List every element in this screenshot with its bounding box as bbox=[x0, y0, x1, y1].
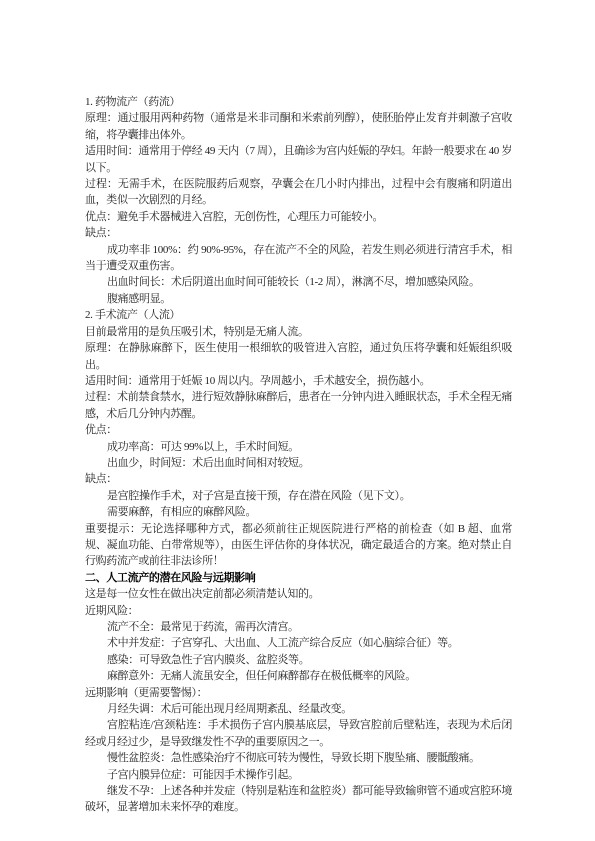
paragraph: 远期影响（更需要警惕）： bbox=[85, 685, 512, 701]
paragraph: 过程：无需手术，在医院服药后观察，孕囊会在几小时内排出，过程中会有腹痛和阴道出血… bbox=[85, 176, 512, 209]
paragraph: 需要麻醉，有相应的麻醉风险。 bbox=[85, 504, 512, 520]
paragraph: 出血时间长：术后阴道出血时间可能较长（1-2 周），淋漓不尽，增加感染风险。 bbox=[85, 274, 512, 290]
paragraph: 这是每一位女性在做出决定前都必须清楚认知的。 bbox=[85, 586, 512, 602]
paragraph: 术中并发症：子宫穿孔、大出血、人工流产综合反应（如心脑综合征）等。 bbox=[85, 635, 512, 651]
paragraph: 继发不孕：上述各种并发症（特别是粘连和盆腔炎）都可能导致输卵管不通或宫腔环境破坏… bbox=[85, 783, 512, 816]
paragraph: 感染：可导致急性子宫内膜炎、盆腔炎等。 bbox=[85, 652, 512, 668]
paragraph: 宫腔粘连/宫颈粘连：手术损伤子宫内膜基底层，导致宫腔前后壁粘连，表现为术后闭经或… bbox=[85, 717, 512, 750]
paragraph: 近期风险： bbox=[85, 603, 512, 619]
paragraph: 1. 药物流产（药流） bbox=[85, 94, 512, 110]
paragraph: 过程：术前禁食禁水，进行短效静脉麻醉后，患者在一分钟内进入睡眠状态，手术全程无痛… bbox=[85, 389, 512, 422]
paragraph: 优点：避免手术器械进入宫腔，无创伤性，心理压力可能较小。 bbox=[85, 209, 512, 225]
paragraph: 原理：通过服用两种药物（通常是米非司酮和米索前列醇），使胚胎停止发育并刺激子宫收… bbox=[85, 110, 512, 143]
paragraph: 2. 手术流产（人流） bbox=[85, 307, 512, 323]
paragraph: 是宫腔操作手术，对子宫是直接干预，存在潜在风险（见下文）。 bbox=[85, 488, 512, 504]
section-heading: 二、人工流产的潜在风险与远期影响 bbox=[85, 570, 512, 586]
paragraph: 成功率高：可达 99%以上，手术时间短。 bbox=[85, 439, 512, 455]
paragraph: 适用时间：通常用于妊娠 10 周以内。孕周越小，手术越安全，损伤越小。 bbox=[85, 373, 512, 389]
document-page: 1. 药物流产（药流）原理：通过服用两种药物（通常是米非司酮和米索前列醇），使胚… bbox=[0, 0, 595, 841]
paragraph: 月经失调：术后可能出现月经周期紊乱、经量改变。 bbox=[85, 701, 512, 717]
paragraph: 流产不全：最常见于药流，需再次清宫。 bbox=[85, 619, 512, 635]
paragraph: 适用时间：通常用于停经 49 天内（7 周），且确诊为宫内妊娠的孕妇。年龄一般要… bbox=[85, 143, 512, 176]
paragraph: 麻醉意外：无痛人流虽安全，但任何麻醉都存在极低概率的风险。 bbox=[85, 668, 512, 684]
paragraph: 重要提示：无论选择哪种方式，都必须前往正规医院进行严格的前检查（如 B 超、血常… bbox=[85, 521, 512, 570]
paragraph: 缺点： bbox=[85, 471, 512, 487]
paragraph: 子宫内膜异位症：可能因手术操作引起。 bbox=[85, 767, 512, 783]
paragraph: 腹痛感明显。 bbox=[85, 291, 512, 307]
paragraph: 缺点： bbox=[85, 225, 512, 241]
paragraph: 成功率非 100%：约 90%-95%，存在流产不全的风险，若发生则必须进行清宫… bbox=[85, 242, 512, 275]
paragraph: 出血少，时间短：术后出血时间相对较短。 bbox=[85, 455, 512, 471]
paragraph: 目前最常用的是负压吸引术，特别是无痛人流。 bbox=[85, 324, 512, 340]
paragraph: 原理：在静脉麻醉下，医生使用一根细软的吸管进入宫腔，通过负压将孕囊和妊娠组织吸出… bbox=[85, 340, 512, 373]
paragraph: 慢性盆腔炎：急性感染治疗不彻底可转为慢性，导致长期下腹坠痛、腰骶酸痛。 bbox=[85, 750, 512, 766]
paragraph: 优点： bbox=[85, 422, 512, 438]
